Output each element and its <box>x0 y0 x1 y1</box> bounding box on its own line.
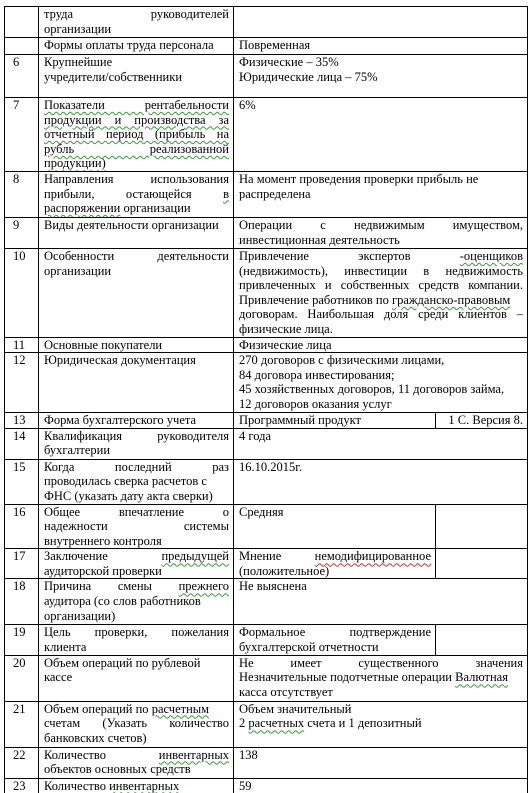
table-row: 19Цель проверки, пожеланияклиентаФормаль… <box>5 625 528 655</box>
cell-text-line: 2 расчетных счета и 1 депозитный <box>239 716 523 731</box>
cell-text-line: труда руководителей <box>44 7 229 22</box>
row-label-cell: Общее впечатление онадежности системывну… <box>39 504 234 549</box>
cell-text-line: Особенности деятельности <box>44 249 229 264</box>
cell-text-line: (недвижимость), инвестиции в недвижимост… <box>239 264 523 279</box>
cell-text-line: 45 хозяйственных договоров, 11 договоров… <box>239 382 523 397</box>
cell-text-line: рубль реализованной <box>44 142 229 157</box>
cell-text-line: организации) <box>44 609 229 624</box>
row-value-cell: 59 <box>234 778 528 793</box>
cell-text-line: внутреннего контроля <box>44 534 229 549</box>
table-row: 17Заключение предыдущейаудиторской прове… <box>5 549 528 579</box>
cell-text-line: счетам (Указать количество <box>44 716 229 731</box>
cell-text-line: Крупнейшие <box>44 55 229 70</box>
cell-text-line: Показатели рентабельности <box>44 98 229 113</box>
spellcheck-word: в <box>223 187 229 201</box>
cell-text-line: 12 договоров оказания услуг <box>239 397 523 412</box>
cell-text-line: учредители/собственники <box>44 70 229 85</box>
cell-text-line: продукции и производства за <box>44 113 229 128</box>
cell-text-line: 270 договоров с физическими лицами, <box>239 353 523 368</box>
cell-text-line: аудиторской проверки <box>44 564 229 579</box>
cell-text-line: проводилась сверка расчетов с <box>44 474 229 489</box>
cell-text-line: инвестиционная деятельность <box>239 233 523 248</box>
cell-text-line: надежности системы <box>44 519 229 534</box>
row-number-cell: 17 <box>5 549 39 579</box>
row-number-cell: 9 <box>5 217 39 248</box>
row-value-cell: Формальное подтверждениебухгалтерской от… <box>234 625 436 655</box>
row-number-cell: 14 <box>5 428 39 459</box>
row-label-cell: Объем операций по рублевойкассе <box>39 655 234 701</box>
cell-text-line: На момент проведения проверки прибыль не <box>239 172 523 187</box>
spellcheck-word: немодифицированное <box>315 549 431 563</box>
cell-text-line: Количество инвентарных <box>44 748 229 763</box>
row-value-cell: Мнение немодифицированное(положительное) <box>234 549 436 579</box>
cell-text-line: Форма бухгалтерского учета <box>44 413 229 428</box>
spellcheck-word: инвентарных <box>159 748 229 762</box>
row-value-cell: Повременная <box>234 38 528 55</box>
cell-text-line: ФНС (указать дату акта сверки) <box>44 489 229 504</box>
cell-text-line: Когда последний раз <box>44 460 229 475</box>
row-extra-cell: 1 С. Версия 8. <box>436 413 528 429</box>
cell-text-line: Основные покупатели <box>44 338 229 353</box>
table-row: 20Объем операций по рублевойкассеНе имее… <box>5 655 528 701</box>
cell-text-line: Повременная <box>239 38 523 53</box>
row-number-cell: 21 <box>5 701 39 747</box>
cell-text-line: Физические лица <box>239 338 523 353</box>
cell-text-line: Объем операций по рублевой <box>44 656 229 671</box>
cell-text-line: Не выяснена <box>239 579 523 594</box>
row-number-cell: 10 <box>5 248 39 337</box>
cell-text-line: прибыли, остающейся в <box>44 187 229 202</box>
cell-text-line: бухгалтерии <box>44 443 229 458</box>
cell-text-line: договорам. Наибольшая доля среди клиенто… <box>239 307 523 322</box>
table-row: 13Форма бухгалтерского учетаПрограммный … <box>5 413 528 429</box>
cell-text-line: Виды деятельности организации <box>44 218 229 233</box>
table-row: 12Юридическая документация270 договоров … <box>5 353 528 413</box>
table-row: 18Причина смены прежнегоаудитора (со сло… <box>5 579 528 625</box>
row-number-cell: 15 <box>5 459 39 504</box>
table-row: 7Показатели рентабельностипродукции и пр… <box>5 98 528 172</box>
row-value-cell: 6% <box>234 98 528 172</box>
row-number-cell: 18 <box>5 579 39 625</box>
cell-text-line: Цель проверки, пожелания <box>44 625 229 640</box>
row-number-cell: 19 <box>5 625 39 655</box>
cell-text-line: отчетный период (прибыль на <box>44 127 229 142</box>
cell-text-line: Программный продукт <box>239 413 431 428</box>
row-label-cell: Форма бухгалтерского учета <box>39 413 234 429</box>
spellcheck-word: расчетным <box>152 702 209 716</box>
row-number-cell: 6 <box>5 55 39 98</box>
cell-text-line: распределена <box>239 187 523 202</box>
cell-text-line: 138 <box>239 748 523 763</box>
row-number-cell: 8 <box>5 171 39 217</box>
row-extra-cell <box>436 549 528 579</box>
cell-text-line: Не имеет существенного значения <box>239 656 523 671</box>
spellcheck-word: инвентарных <box>109 779 179 793</box>
row-label-cell: Юридическая документация <box>39 353 234 413</box>
spellcheck-word: гражданско-правовым <box>392 293 510 307</box>
cell-text-line: Привлечение экспертов -оценщиков <box>239 249 523 264</box>
cell-text-line: Мнение немодифицированное <box>239 549 431 564</box>
cell-text-line: Физические – 35% <box>239 55 523 70</box>
table-row: 23Количество инвентарных59 <box>5 778 528 793</box>
row-number-cell: 16 <box>5 504 39 549</box>
cell-text-line: Юридическая документация <box>44 353 229 368</box>
row-label-cell: Квалификация руководителябухгалтерии <box>39 428 234 459</box>
table-row: 6Крупнейшиеучредители/собственникиФизиче… <box>5 55 528 98</box>
spellcheck-word: расчетных <box>248 716 304 730</box>
cell-text-line: Формы оплаты труда персонала <box>44 38 229 53</box>
spellcheck-word: -оценщиков <box>460 249 523 263</box>
row-label-cell: Направления использованияприбыли, остающ… <box>39 171 234 217</box>
cell-text-line: аудитора (со слов работников <box>44 594 229 609</box>
row-value-cell: 4 года <box>234 428 528 459</box>
cell-text-line: 84 договора инвестирования; <box>239 368 523 383</box>
cell-text-line: Операции с недвижимым имуществом, <box>239 218 523 233</box>
row-label-cell: Количество инвентарных <box>39 778 234 793</box>
cell-text-line: Количество инвентарных <box>44 779 229 793</box>
table-body: труда руководителейорганизацииФормы опла… <box>5 7 528 793</box>
row-number-cell <box>5 7 39 38</box>
cell-text-line: организации <box>44 22 229 37</box>
cell-text-line: клиента <box>44 640 229 655</box>
cell-text-line: Направления использования <box>44 172 229 187</box>
row-label-cell: Количество инвентарныхобъектов основных … <box>39 747 234 778</box>
audit-questionnaire-table: труда руководителейорганизацииФормы опла… <box>4 6 528 793</box>
cell-text-line: Объем значительный <box>239 702 523 717</box>
cell-text-line: (положительное) <box>239 564 431 579</box>
row-number-cell: 23 <box>5 778 39 793</box>
spellcheck-word: прежнего <box>179 579 229 593</box>
row-number-cell <box>5 38 39 55</box>
spellcheck-word: предыдущей <box>161 549 229 563</box>
row-value-cell: Физические лица <box>234 337 528 353</box>
cell-text-line: банковских счетов) <box>44 731 229 746</box>
spellcheck-word: Валютная <box>455 670 508 684</box>
row-value-cell: 270 договоров с физическими лицами,84 до… <box>234 353 528 413</box>
table-row: 11Основные покупателиФизические лица <box>5 337 528 353</box>
row-number-cell: 11 <box>5 337 39 353</box>
cell-text-line: 59 <box>239 779 523 793</box>
row-label-cell: Цель проверки, пожеланияклиента <box>39 625 234 655</box>
cell-text-line: Заключение предыдущей <box>44 549 229 564</box>
row-label-cell: труда руководителейорганизации <box>39 7 234 38</box>
row-value-cell <box>234 7 528 38</box>
row-value-cell: 138 <box>234 747 528 778</box>
row-value-cell: 16.10.2015г. <box>234 459 528 504</box>
cell-text-line: Привлечение работников по гражданско-пра… <box>239 293 523 308</box>
table-row: 15Когда последний разпроводилась сверка … <box>5 459 528 504</box>
row-number-cell: 7 <box>5 98 39 172</box>
cell-text-line: Причина смены прежнего <box>44 579 229 594</box>
cell-text-line: касса отсутствует <box>239 685 523 700</box>
row-label-cell: Объем операций по расчетнымсчетам (Указа… <box>39 701 234 747</box>
table-row: 9Виды деятельности организацииОперации с… <box>5 217 528 248</box>
row-label-cell: Заключение предыдущейаудиторской проверк… <box>39 549 234 579</box>
row-label-cell: Формы оплаты труда персонала <box>39 38 234 55</box>
row-value-cell: Не выяснена <box>234 579 528 625</box>
row-number-cell: 20 <box>5 655 39 701</box>
row-value-cell: Объем значительный2 расчетных счета и 1 … <box>234 701 528 747</box>
row-label-cell: Основные покупатели <box>39 337 234 353</box>
row-label-cell: Причина смены прежнегоаудитора (со слов … <box>39 579 234 625</box>
row-number-cell: 13 <box>5 413 39 429</box>
spellcheck-word: распоряжении <box>44 201 120 215</box>
row-value-cell: На момент проведения проверки прибыль не… <box>234 171 528 217</box>
cell-text-line: кассе <box>44 670 229 685</box>
cell-text-line: 6% <box>239 98 523 113</box>
cell-text-line: организации <box>44 264 229 279</box>
cell-text-line: Квалификация руководителя <box>44 429 229 444</box>
row-value-cell: Привлечение экспертов -оценщиков(недвижи… <box>234 248 528 337</box>
row-label-cell: Когда последний разпроводилась сверка ра… <box>39 459 234 504</box>
cell-text-line: продукции) <box>44 156 229 171</box>
row-label-cell: Крупнейшиеучредители/собственники <box>39 55 234 98</box>
row-label-cell: Показатели рентабельностипродукции и про… <box>39 98 234 172</box>
cell-text-line: 4 года <box>239 429 523 444</box>
table-row: 22Количество инвентарныхобъектов основны… <box>5 747 528 778</box>
cell-text-line: привлеченных и собственных средств компа… <box>239 278 523 293</box>
cell-text-line: распоряжении организации <box>44 201 229 216</box>
row-label-cell: Виды деятельности организации <box>39 217 234 248</box>
table-row: 10Особенности деятельностиорганизацииПри… <box>5 248 528 337</box>
row-extra-cell <box>436 504 528 549</box>
table-row: 16Общее впечатление онадежности системыв… <box>5 504 528 549</box>
table-row: 14Квалификация руководителябухгалтерии4 … <box>5 428 528 459</box>
cell-text-line: физические лица. <box>239 322 523 337</box>
cell-text-line: объектов основных средств <box>44 762 229 777</box>
row-value-cell: Программный продукт <box>234 413 436 429</box>
table-row: Формы оплаты труда персоналаПовременная <box>5 38 528 55</box>
row-value-cell: Физические – 35%Юридические лица – 75% <box>234 55 528 98</box>
row-value-cell: Не имеет существенного значенияНезначите… <box>234 655 528 701</box>
table-row: 21Объем операций по расчетнымсчетам (Ука… <box>5 701 528 747</box>
row-number-cell: 12 <box>5 353 39 413</box>
cell-text-line: Юридические лица – 75% <box>239 70 523 85</box>
row-label-cell: Особенности деятельностиорганизации <box>39 248 234 337</box>
table-row: 8Направления использованияприбыли, остаю… <box>5 171 528 217</box>
row-extra-cell <box>436 625 528 655</box>
row-number-cell: 22 <box>5 747 39 778</box>
table-row: труда руководителейорганизации <box>5 7 528 38</box>
cell-text-line: Незначительные подотчетные операции Валю… <box>239 670 523 685</box>
row-value-cell: Средняя <box>234 504 436 549</box>
cell-text-line: Формальное подтверждение <box>239 625 431 640</box>
cell-text-line: Средняя <box>239 505 431 520</box>
cell-text-line: Общее впечатление о <box>44 505 229 520</box>
cell-text-line: бухгалтерской отчетности <box>239 640 431 655</box>
cell-text-line: Объем операций по расчетным <box>44 702 229 717</box>
row-value-cell: Операции с недвижимым имуществом,инвести… <box>234 217 528 248</box>
cell-text-line: 16.10.2015г. <box>239 460 523 475</box>
